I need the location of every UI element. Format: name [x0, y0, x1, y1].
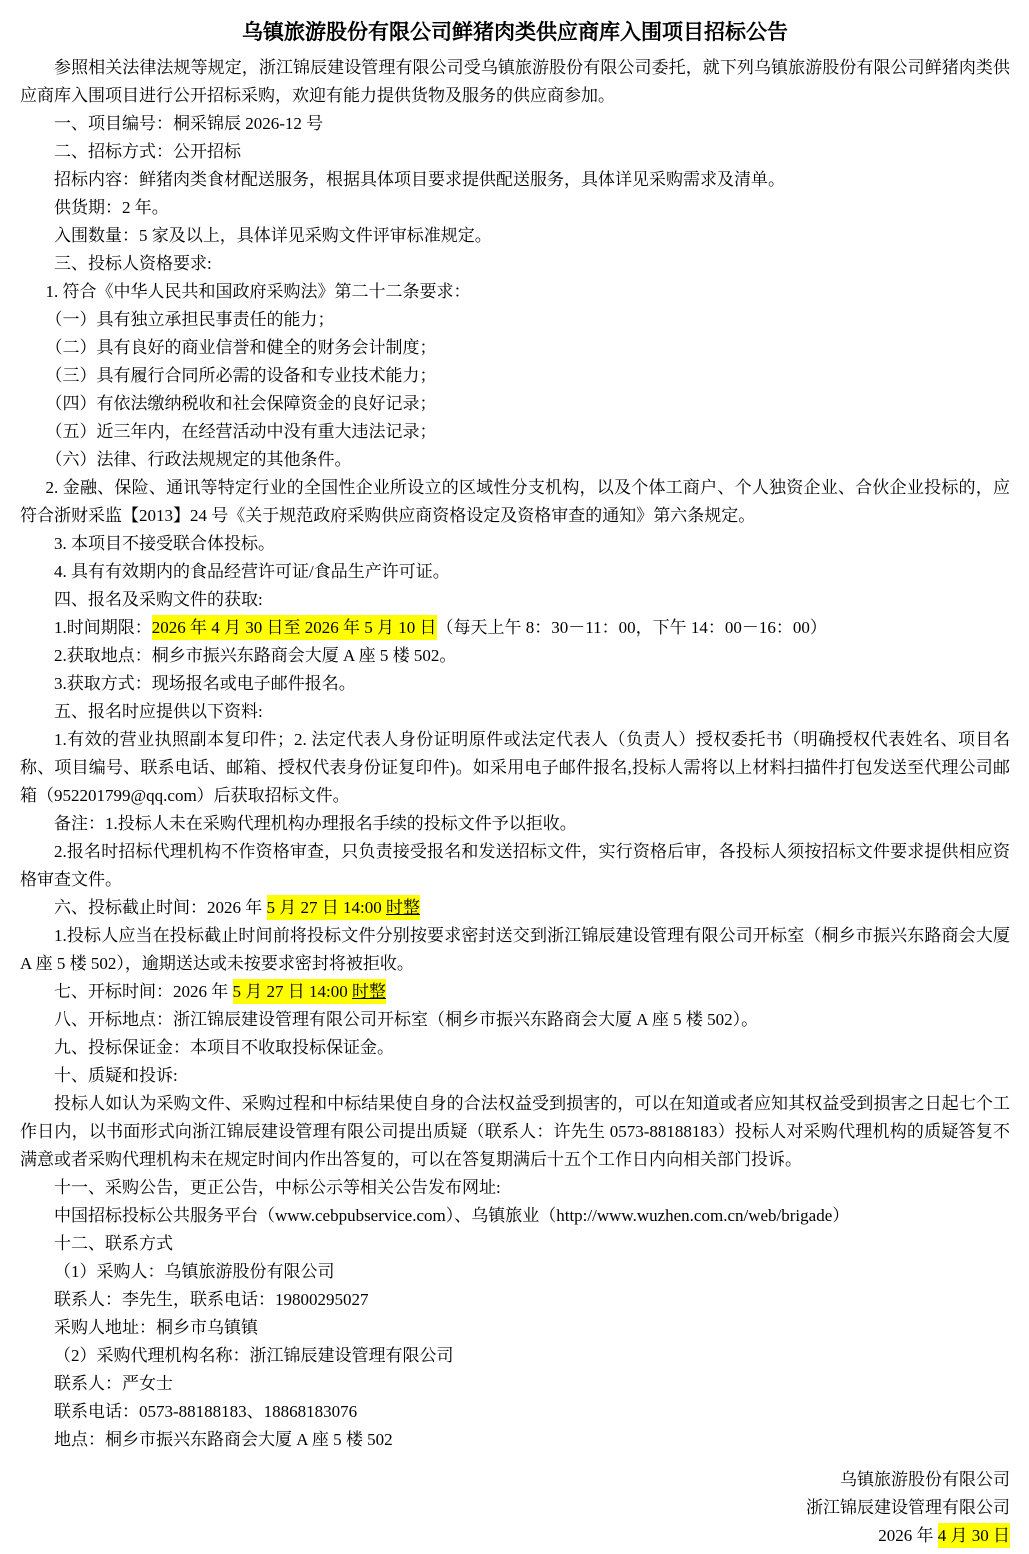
text-run: （一）具有独立承担民事责任的能力；: [46, 310, 335, 329]
text-run: 4. 具有有效期内的食品经营许可证/食品生产许可证。: [54, 562, 450, 581]
text-run: 供货期：2 年。: [54, 198, 169, 217]
text-run: 地点：桐乡市振兴东路商会大厦 A 座 5 楼 502: [54, 1430, 393, 1449]
sec9-deposit-line: 九、投标保证金：本项目不收取投标保证金。: [20, 1034, 1010, 1062]
text-run: 乌镇旅游股份有限公司鲜猪肉类供应商库入围项目招标公告: [242, 20, 788, 44]
food-license-line: 4. 具有有效期内的食品经营许可证/食品生产许可证。: [20, 558, 1010, 586]
purchaser-contact-line: 联系人：李先生，联系电话：19800295027: [20, 1286, 1010, 1314]
text-run: 一、项目编号：桐采锦辰 2026-12 号: [54, 114, 323, 133]
tender-method-line: 二、招标方式：公开招标: [20, 138, 1010, 166]
qual-branch-paragraph: 2. 金融、保险、通讯等特定行业的全国性企业所设立的区域性分支机构，以及个体工商…: [20, 474, 1010, 530]
agency-phone-line: 联系电话：0573-88188183、18868183076: [20, 1398, 1010, 1426]
intro-paragraph: 参照相关法律法规等规定，浙江锦辰建设管理有限公司受乌镇旅游股份有限公司委托，就下…: [20, 54, 1010, 110]
sec8-opening-location-line: 八、开标地点：浙江锦辰建设管理有限公司开标室（桐乡市振兴东路商会大厦 A 座 5…: [20, 1006, 1010, 1034]
document-body: 乌镇旅游股份有限公司鲜猪肉类供应商库入围项目招标公告参照相关法律法规等规定，浙江…: [0, 0, 1029, 1550]
qual-item-6: （六）法律、行政法规规定的其他条件。: [20, 446, 1010, 474]
submission-requirement-paragraph: 1.投标人应当在投标截止时间前将投标文件分别按要求密封送交到浙江锦辰建设管理有限…: [20, 922, 1010, 978]
sec12-heading: 十二、联系方式: [20, 1230, 1010, 1258]
text-run: （三）具有履行合同所必需的设备和专业技术能力；: [46, 366, 437, 385]
note-line-1: 备注：1.投标人未在采购代理机构办理报名手续的投标文件予以拒收。: [20, 810, 1010, 838]
text-run: （每天上午 8：30－11：00，下午 14：00－16：00）: [437, 618, 827, 637]
text-run: 2.获取地点：桐乡市振兴东路商会大厦 A 座 5 楼 502。: [54, 646, 456, 665]
text-run: 中国招标投标公共服务平台（www.cebpubservice.com）、乌镇旅业…: [54, 1206, 849, 1225]
text-run: 备注：1.投标人未在采购代理机构办理报名手续的投标文件予以拒收。: [54, 814, 577, 833]
text-run: 联系电话：0573-88188183、18868183076: [54, 1402, 357, 1421]
highlighted-text: 4 月 30 日: [938, 1523, 1010, 1548]
supply-period-line: 供货期：2 年。: [20, 194, 1010, 222]
qual-item-5: （五）近三年内，在经营活动中没有重大违法记录；: [20, 418, 1010, 446]
sec3-heading: 三、投标人资格要求:: [20, 250, 1010, 278]
project-number-line: 一、项目编号：桐采锦辰 2026-12 号: [20, 110, 1010, 138]
registration-materials-paragraph: 1.有效的营业执照副本复印件；2. 法定代表人身份证明原件或法定代表人（负责人）…: [20, 726, 1010, 810]
text-run: 六、投标截止时间：2026 年: [54, 898, 267, 917]
signature-purchaser: 乌镇旅游股份有限公司: [20, 1466, 1010, 1494]
highlighted-text: 时整: [386, 895, 420, 920]
text-run: 五、报名时应提供以下资料:: [54, 702, 263, 721]
shortlist-count-line: 入围数量：5 家及以上，具体详见采购文件评审标准规定。: [20, 222, 1010, 250]
text-run: 2.报名时招标代理机构不作资格审查，只负责接受报名和发送招标文件，实行资格后审，…: [20, 842, 1010, 889]
highlighted-text: 2026 年 4 月 30 日至 2026 年 5 月 10 日: [152, 615, 437, 640]
qual-item-3: （三）具有履行合同所必需的设备和专业技术能力；: [20, 362, 1010, 390]
text-run: 2. 金融、保险、通讯等特定行业的全国性企业所设立的区域性分支机构，以及个体工商…: [20, 478, 1010, 525]
text-run: 2026 年: [878, 1526, 938, 1545]
text-run: 十一、采购公告，更正公告，中标公示等相关公告发布网址:: [54, 1178, 501, 1197]
text-run: （五）近三年内，在经营活动中没有重大违法记录；: [46, 422, 437, 441]
text-run: （四）有依法缴纳税收和社会保障资金的良好记录；: [46, 394, 437, 413]
text-run: 招标内容：鲜猪肉类食材配送服务，根据具体项目要求提供配送服务，具体详见采购需求及…: [54, 170, 785, 189]
text-run: 联系人：严女士: [54, 1374, 173, 1393]
highlighted-text: 5 月 27 日 14:00: [233, 979, 352, 1004]
highlighted-text: 时整: [352, 979, 386, 1004]
text-run: （六）法律、行政法规规定的其他条件。: [46, 450, 352, 469]
qualification-law-line: 1. 符合《中华人民共和国政府采购法》第二十二条要求：: [20, 278, 1010, 306]
sec5-heading: 五、报名时应提供以下资料:: [20, 698, 1010, 726]
sec10-heading: 十、质疑和投诉:: [20, 1062, 1010, 1090]
sec6-deadline-line: 六、投标截止时间：2026 年 5 月 27 日 14:00 时整: [20, 894, 1010, 922]
qual-item-2: （二）具有良好的商业信誉和健全的财务会计制度；: [20, 334, 1010, 362]
text-run: （二）具有良好的商业信誉和健全的财务会计制度；: [46, 338, 437, 357]
text-run: 八、开标地点：浙江锦辰建设管理有限公司开标室（桐乡市振兴东路商会大厦 A 座 5…: [54, 1010, 758, 1029]
sec11-heading: 十一、采购公告，更正公告，中标公示等相关公告发布网址:: [20, 1174, 1010, 1202]
obtain-method-line: 3.获取方式：现场报名或电子邮件报名。: [20, 670, 1010, 698]
purchaser-address-line: 采购人地址：桐乡市乌镇镇: [20, 1314, 1010, 1342]
registration-period-line: 1.时间期限：2026 年 4 月 30 日至 2026 年 5 月 10 日（…: [20, 614, 1010, 642]
note-line-2: 2.报名时招标代理机构不作资格审查，只负责接受报名和发送招标文件，实行资格后审，…: [20, 838, 1010, 894]
signature-agency: 浙江锦辰建设管理有限公司: [20, 1494, 1010, 1522]
text-run: 采购人地址：桐乡市乌镇镇: [54, 1318, 258, 1337]
text-run: 九、投标保证金：本项目不收取投标保证金。: [54, 1038, 394, 1057]
doc-title: 乌镇旅游股份有限公司鲜猪肉类供应商库入围项目招标公告: [20, 16, 1010, 48]
text-run: 1.有效的营业执照副本复印件；2. 法定代表人身份证明原件或法定代表人（负责人）…: [20, 730, 1010, 805]
text-run: （2）采购代理机构名称：浙江锦辰建设管理有限公司: [54, 1346, 454, 1365]
text-run: 入围数量：5 家及以上，具体详见采购文件评审标准规定。: [54, 226, 492, 245]
text-run: 3. 本项目不接受联合体投标。: [54, 534, 275, 553]
text-run: 参照相关法律法规等规定，浙江锦辰建设管理有限公司受乌镇旅游股份有限公司委托，就下…: [20, 58, 1010, 105]
text-run: 浙江锦辰建设管理有限公司: [806, 1498, 1010, 1517]
qual-item-4: （四）有依法缴纳税收和社会保障资金的良好记录；: [20, 390, 1010, 418]
sec4-heading: 四、报名及采购文件的获取:: [20, 586, 1010, 614]
agency-address-line: 地点：桐乡市振兴东路商会大厦 A 座 5 楼 502: [20, 1426, 1010, 1454]
tender-content-line: 招标内容：鲜猪肉类食材配送服务，根据具体项目要求提供配送服务，具体详见采购需求及…: [20, 166, 1010, 194]
text-run: 乌镇旅游股份有限公司: [840, 1470, 1010, 1489]
text-run: 二、招标方式：公开招标: [54, 142, 241, 161]
qual-item-1: （一）具有独立承担民事责任的能力；: [20, 306, 1010, 334]
text-run: 三、投标人资格要求:: [54, 254, 212, 273]
text-run: 十二、联系方式: [54, 1234, 173, 1253]
text-run: 十、质疑和投诉:: [54, 1066, 178, 1085]
text-run: 1.时间期限：: [54, 618, 152, 637]
publish-websites-line: 中国招标投标公共服务平台（www.cebpubservice.com）、乌镇旅业…: [20, 1202, 1010, 1230]
text-run: （1）采购人：乌镇旅游股份有限公司: [54, 1262, 335, 1281]
highlighted-text: 5 月 27 日 14:00: [267, 895, 386, 920]
agency-line: （2）采购代理机构名称：浙江锦辰建设管理有限公司: [20, 1342, 1010, 1370]
text-run: 3.获取方式：现场报名或电子邮件报名。: [54, 674, 356, 693]
no-consortium-line: 3. 本项目不接受联合体投标。: [20, 530, 1010, 558]
obtain-location-line: 2.获取地点：桐乡市振兴东路商会大厦 A 座 5 楼 502。: [20, 642, 1010, 670]
text-run: 四、报名及采购文件的获取:: [54, 590, 263, 609]
signature-date: 2026 年 4 月 30 日: [20, 1522, 1010, 1550]
agency-contact-line: 联系人：严女士: [20, 1370, 1010, 1398]
complaint-paragraph: 投标人如认为采购文件、采购过程和中标结果使自身的合法权益受到损害的，可以在知道或…: [20, 1090, 1010, 1174]
text-run: 1. 符合《中华人民共和国政府采购法》第二十二条要求：: [46, 282, 471, 301]
purchaser-line: （1）采购人：乌镇旅游股份有限公司: [20, 1258, 1010, 1286]
text-run: 1.投标人应当在投标截止时间前将投标文件分别按要求密封送交到浙江锦辰建设管理有限…: [20, 926, 1010, 973]
text-run: 投标人如认为采购文件、采购过程和中标结果使自身的合法权益受到损害的，可以在知道或…: [20, 1094, 1010, 1169]
sec7-opening-time-line: 七、开标时间：2026 年 5 月 27 日 14:00 时整: [20, 978, 1010, 1006]
text-run: 七、开标时间：2026 年: [54, 982, 233, 1001]
text-run: 联系人：李先生，联系电话：19800295027: [54, 1290, 369, 1309]
